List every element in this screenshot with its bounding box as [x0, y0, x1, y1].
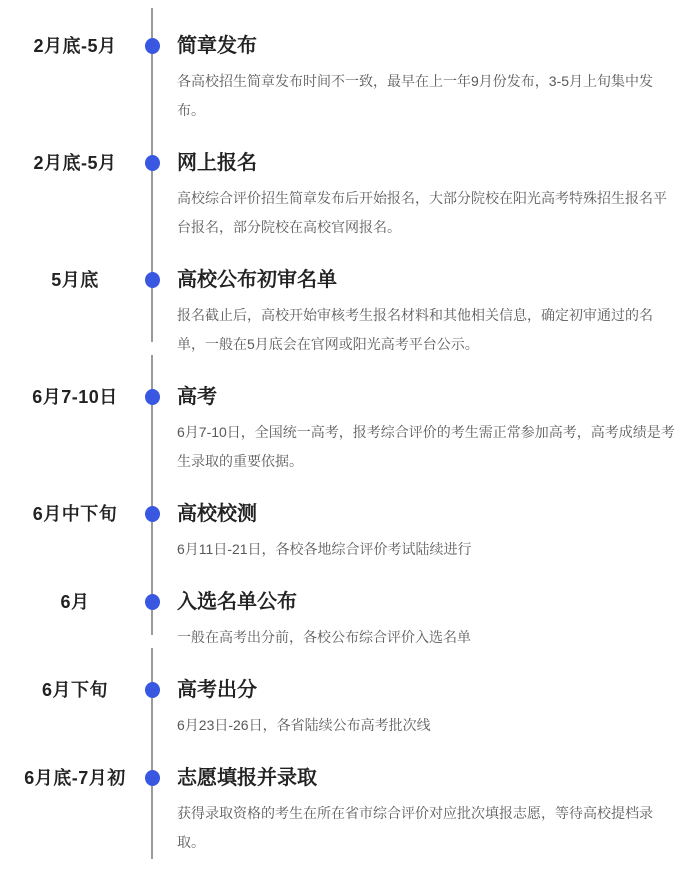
item-title: 入选名单公布: [177, 588, 696, 616]
timeline-item: 2月底-5月 网上报名 高校综合评价招生简章发布后开始报名，大部分院校在阳光高考…: [0, 149, 696, 266]
timeline-item: 6月底-7月初 志愿填报并录取 获得录取资格的考生在所在省市综合评价对应批次填报…: [0, 764, 696, 881]
item-title: 高考出分: [177, 676, 696, 704]
timeline-item: 6月中下旬 高校校测 6月11日-21日，各校各地综合评价考试陆续进行: [0, 500, 696, 588]
timeline-dot-icon: [145, 155, 160, 171]
item-time-label: 2月底-5月: [0, 149, 150, 177]
item-description: 各高校招生简章发布时间不一致，最早在上一年9月份发布，3-5月上旬集中发布。: [177, 67, 677, 125]
timeline-dot-icon: [145, 594, 160, 610]
item-content: 简章发布 各高校招生简章发布时间不一致，最早在上一年9月份发布，3-5月上旬集中…: [177, 32, 696, 125]
item-title: 高考: [177, 383, 696, 411]
item-description: 一般在高考出分前，各校公布综合评价入选名单: [177, 623, 677, 652]
timeline-line-tail: [151, 355, 153, 383]
item-description: 报名截止后，高校开始审核考生报名材料和其他相关信息，确定初审通过的名单，一般在5…: [177, 301, 677, 359]
item-description: 高校综合评价招生简章发布后开始报名，大部分院校在阳光高考特殊招生报名平台报名，部…: [177, 184, 677, 242]
timeline-line: [151, 8, 153, 149]
item-description: 6月7-10日，全国统一高考，报考综合评价的考生需正常参加高考，高考成绩是考生录…: [177, 418, 677, 476]
item-time-label: 5月底: [0, 266, 150, 294]
item-title: 网上报名: [177, 149, 696, 177]
item-time-label: 6月底-7月初: [0, 764, 150, 792]
item-time-label: 6月下旬: [0, 676, 150, 704]
item-content: 高校校测 6月11日-21日，各校各地综合评价考试陆续进行: [177, 500, 696, 564]
timeline-dot-icon: [145, 38, 160, 54]
timeline-item: 6月7-10日 高考 6月7-10日，全国统一高考，报考综合评价的考生需正常参加…: [0, 383, 696, 500]
timeline-item: 5月底 高校公布初审名单 报名截止后，高校开始审核考生报名材料和其他相关信息，确…: [0, 266, 696, 383]
item-content: 志愿填报并录取 获得录取资格的考生在所在省市综合评价对应批次填报志愿，等待高校提…: [177, 764, 696, 857]
timeline-dot-icon: [145, 389, 160, 405]
item-time-label: 6月中下旬: [0, 500, 150, 528]
timeline-dot-icon: [145, 506, 160, 522]
timeline-item: 2月底-5月 简章发布 各高校招生简章发布时间不一致，最早在上一年9月份发布，3…: [0, 32, 696, 149]
timeline-dot-icon: [145, 682, 160, 698]
item-content: 入选名单公布 一般在高考出分前，各校公布综合评价入选名单: [177, 588, 696, 652]
item-description: 6月23日-26日，各省陆续公布高考批次线: [177, 711, 677, 740]
item-time-label: 6月: [0, 588, 150, 616]
timeline: 2月底-5月 简章发布 各高校招生简章发布时间不一致，最早在上一年9月份发布，3…: [0, 0, 696, 881]
item-title: 志愿填报并录取: [177, 764, 696, 792]
timeline-line-tail: [151, 648, 153, 676]
item-content: 高考出分 6月23日-26日，各省陆续公布高考批次线: [177, 676, 696, 740]
timeline-dot-icon: [145, 770, 160, 786]
timeline-item: 6月下旬 高考出分 6月23日-26日，各省陆续公布高考批次线: [0, 676, 696, 764]
item-time-label: 6月7-10日: [0, 383, 150, 411]
item-content: 网上报名 高校综合评价招生简章发布后开始报名，大部分院校在阳光高考特殊招生报名平…: [177, 149, 696, 242]
page: 2月底-5月 简章发布 各高校招生简章发布时间不一致，最早在上一年9月份发布，3…: [0, 0, 696, 883]
item-title: 简章发布: [177, 32, 696, 60]
item-time-label: 2月底-5月: [0, 32, 150, 60]
timeline-dot-icon: [145, 272, 160, 288]
item-title: 高校校测: [177, 500, 696, 528]
item-description: 6月11日-21日，各校各地综合评价考试陆续进行: [177, 535, 677, 564]
item-content: 高考 6月7-10日，全国统一高考，报考综合评价的考生需正常参加高考，高考成绩是…: [177, 383, 696, 476]
timeline-item: 6月 入选名单公布 一般在高考出分前，各校公布综合评价入选名单: [0, 588, 696, 676]
item-description: 获得录取资格的考生在所在省市综合评价对应批次填报志愿，等待高校提档录取。: [177, 799, 677, 857]
item-content: 高校公布初审名单 报名截止后，高校开始审核考生报名材料和其他相关信息，确定初审通…: [177, 266, 696, 359]
item-title: 高校公布初审名单: [177, 266, 696, 294]
